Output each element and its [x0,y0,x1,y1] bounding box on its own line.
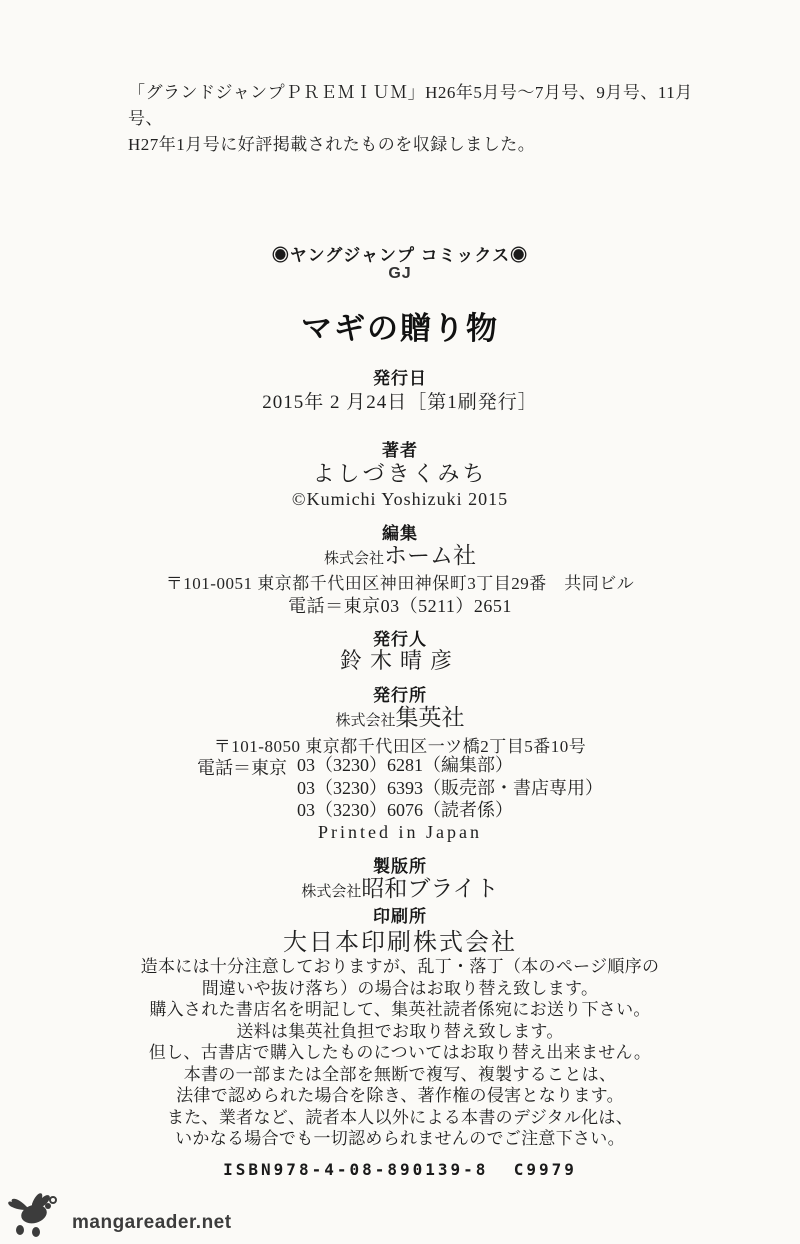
serialization-note-line2: H27年1月号に好評掲載されたものを収録しました。 [128,132,708,158]
editing-company: 株式会社ホーム社 [0,537,800,570]
replacement-notice: 造本には十分注意しておりますが、乱丁・落丁（本のページ順序の 間違いや抜け落ち）… [0,956,800,1150]
publisher-phone-readers: 03（3230）6076（読者係） [297,799,603,822]
plate-making-company-prefix: 株式会社 [301,884,361,900]
notice-line: また、業者など、読者本人以外による本書のデジタル化は、 [0,1107,800,1129]
publisher-person-name: 鈴木晴彦 [0,644,800,675]
notice-line: 造本には十分注意しておりますが、乱丁・落丁（本のページ順序の [0,956,800,978]
isbn-code: ISBN978-4-08-890139-8 C9979 [0,1160,800,1179]
publisher-phone-label: 電話＝東京 [197,754,287,822]
imprint-label: ◉ヤングジャンプ コミックス◉ [0,241,800,266]
notice-line: 本書の一部または全部を無断で複写、複製することは、 [0,1064,800,1086]
printing-company: 大日本印刷株式会社 [0,922,800,957]
serialization-note-line1: 「グランドジャンプＰＲＥＭＩＵＭ」H26年5月号〜7月号、9月号、11月号、 [128,80,708,132]
notice-line: 購入された書店名を明記して、集英社読者係宛にお送り下さい。 [0,999,800,1021]
author-name: よしづきくみち [0,457,800,488]
mangareader-logo-icon [6,1188,70,1244]
publication-date-heading: 発行日 [0,364,800,389]
book-title: マギの贈り物 [0,303,800,348]
plate-making-company: 株式会社昭和ブライト [0,870,800,903]
editing-company-prefix: 株式会社 [324,551,384,567]
serialization-note: 「グランドジャンプＰＲＥＭＩＵＭ」H26年5月号〜7月号、9月号、11月号、 H… [128,80,708,158]
publisher-phone-sales: 03（3230）6393（販売部・書店専用） [297,777,603,800]
publisher-phone-editorial: 03（3230）6281（編集部） [297,754,603,777]
imprint-code: GJ [0,265,800,283]
printed-in-japan: Printed in Japan [0,822,800,843]
notice-line: いかなる場合でも一切認められませんのでご注意下さい。 [0,1128,800,1150]
notice-line: 間違いや抜け落ち）の場合はお取り替え致します。 [0,978,800,1000]
author-copyright: ©Kumichi Yoshizuki 2015 [0,489,800,510]
publisher-phone-lines: 03（3230）6281（編集部） 03（3230）6393（販売部・書店専用）… [297,754,603,822]
publisher-company-name: 集英社 [396,705,465,730]
watermark: mangareader.net [6,1188,232,1244]
publisher-phones: 電話＝東京 03（3230）6281（編集部） 03（3230）6393（販売部… [0,754,800,822]
publisher-company: 株式会社集英社 [0,699,800,732]
notice-line: 送料は集英社負担でお取り替え致します。 [0,1021,800,1043]
editing-address: 〒101-0051 東京都千代田区神田神保町3丁目29番 共同ビル [0,569,800,594]
notice-line: 法律で認められた場合を除き、著作権の侵害となります。 [0,1085,800,1107]
publication-date-value: 2015年 2 月24日［第1刷発行］ [0,387,800,414]
notice-line: 但し、古書店で購入したものについてはお取り替え出来ません。 [0,1042,800,1064]
editing-phone: 電話＝東京03（5211）2651 [0,592,800,618]
editing-company-name: ホーム社 [384,543,476,568]
publisher-company-prefix: 株式会社 [335,713,395,729]
plate-making-company-name: 昭和ブライト [361,876,498,901]
watermark-site-text: mangareader.net [72,1212,232,1234]
